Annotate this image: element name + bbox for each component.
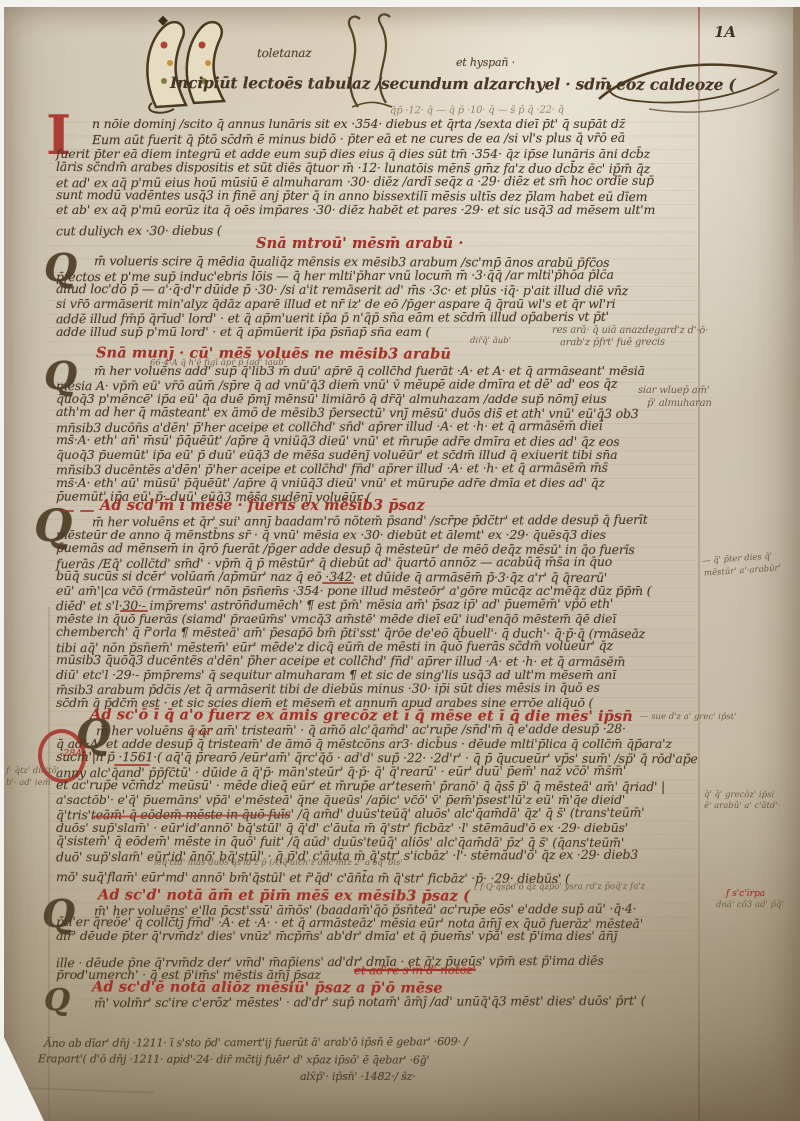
red-dash-mark bbox=[80, 510, 94, 512]
incipit-title: Incipiūt lectoēs tabulaz /secundum alzar… bbox=[170, 74, 736, 94]
script-line: adde illud sup̄ p'mū lord' · et q̄ ap̄mū… bbox=[56, 325, 430, 339]
script-line: et ab' ex aq̄ p'mū eorūz ita q̄ oēs imp̄… bbox=[56, 203, 655, 217]
margin-note: res arā· q̄ uiā anazdegard'z d'·ō· bbox=[552, 325, 708, 337]
margin-note: b'· ad' iem̄' bbox=[6, 779, 53, 789]
page-edge-shadow bbox=[793, 7, 800, 287]
fold-line bbox=[698, 7, 700, 1121]
red-gloss-mark: f s'c'irpa bbox=[726, 889, 765, 899]
pen-flourish-icon bbox=[322, 11, 422, 111]
title-gloss-right: et hyspañ · bbox=[456, 57, 515, 70]
title-gloss-top: toletanaz bbox=[257, 47, 311, 61]
script-line: alr̄' dēude p̄ter q̄'rvm̄dz' dies' vnūz'… bbox=[56, 929, 617, 943]
red-strikethrough-text: et ad're s'm̄'d' notōz' bbox=[354, 964, 476, 978]
crease-line bbox=[48, 607, 50, 1121]
manuscript-page: 1A toletanaz et hyspañ · Incipiūt lectoē… bbox=[4, 7, 800, 1121]
red-underline-mark bbox=[120, 610, 148, 612]
manuscript-photo: { "page": { "folio": "1A" }, "initials":… bbox=[0, 0, 800, 1121]
margin-note: f· q̄tz' dic'tō' bbox=[6, 767, 59, 777]
margin-note: arab'z p̄frt' fuē grecis bbox=[560, 337, 665, 349]
interlinear-note: leq̄'tzd' illas duōs q̄s'id'z p̄ (A)q̄'u… bbox=[154, 859, 403, 869]
bottom-annotation: alx̄p̄'· ip̄sn̄' ·1482·/ s̄z· bbox=[300, 1071, 415, 1084]
bottom-annotation: Erapart'( d'ō dn̄j ·1211· apid'·24· dir̄… bbox=[38, 1053, 429, 1067]
margin-note: q̄' q̄' grecōz' ip̄si bbox=[704, 791, 774, 801]
folio-number: 1A bbox=[714, 23, 736, 41]
red-gloss-mark: c'rol' bbox=[190, 728, 213, 738]
interlinear-note: dir̄q̄' āub' bbox=[470, 337, 511, 347]
margin-note: — sue d'z a' grec' ip̄st' bbox=[640, 713, 736, 723]
margin-note: dnā' cō3 ad' p̄q̄' bbox=[716, 901, 784, 911]
backing-corner bbox=[0, 1029, 44, 1121]
margin-note: p̄' almuharan bbox=[647, 398, 712, 410]
margin-note: ( f·Q·q̄sp̄d'ō q̄z q̄zp̄ō' ysra rd'z p̄o… bbox=[474, 883, 645, 894]
decorated-initial bbox=[140, 15, 260, 115]
margin-note: ē' arabū' a' c'ātd'· bbox=[704, 802, 780, 812]
red-underline-mark bbox=[322, 582, 354, 584]
script-line: m̄' volm̄r' sc'ire c'erōz' mēstes' · ad'… bbox=[94, 994, 646, 1011]
red-dash-mark bbox=[60, 510, 74, 512]
bottom-annotation: Āno ab dīar' dn̄j ·1211· ī s'sto p̄d' ca… bbox=[44, 1036, 468, 1050]
margin-note: mēstūr' a'·arabūr' bbox=[704, 564, 782, 579]
rubric-heading: Snā mtroū' mēsm̄ arabū · bbox=[256, 236, 463, 253]
red-gloss-mark: -28A- bbox=[60, 749, 85, 760]
red-underline-mark bbox=[114, 764, 150, 766]
script-line: cut duliych ex ·30· diebus ( bbox=[56, 224, 222, 239]
